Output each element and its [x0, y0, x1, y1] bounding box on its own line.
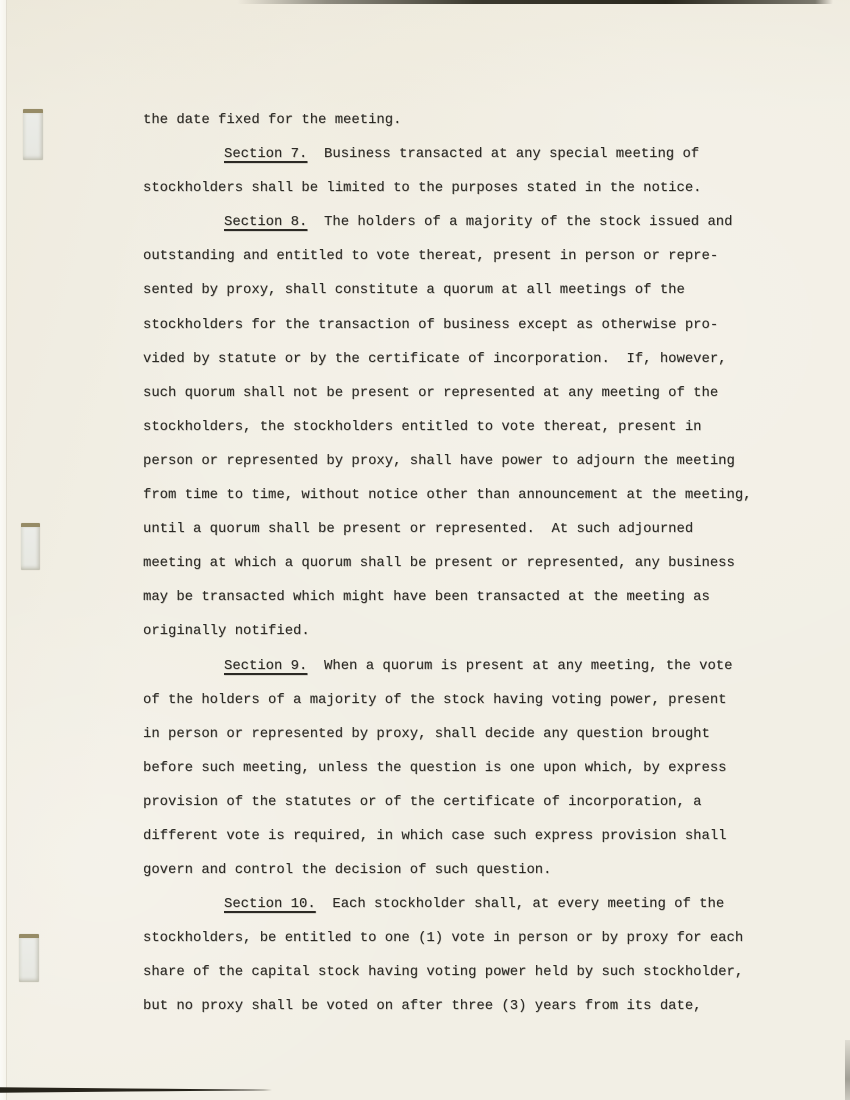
text-line: stockholders, be entitled to one (1) vot… [143, 921, 803, 955]
line-text: from time to time, without notice other … [143, 487, 752, 503]
section-heading: Section 10. [224, 896, 316, 912]
line-text: Each stockholder shall, at every meeting… [332, 896, 724, 912]
line-text: stockholders, the stockholders entitled … [143, 419, 702, 435]
scanned-document-page: { "page": { "paper_color": "#f2efe5", "i… [0, 0, 850, 1100]
line-text: person or represented by proxy, shall ha… [143, 453, 735, 469]
text-line: sented by proxy, shall constitute a quor… [143, 273, 803, 307]
punch-hole-top [23, 109, 43, 160]
text-line: Section 9. When a quorum is present at a… [143, 649, 803, 683]
text-line: the date fixed for the meeting. [143, 103, 803, 137]
line-text: in person or represented by proxy, shall… [143, 726, 710, 742]
text-line: such quorum shall not be present or repr… [143, 376, 803, 410]
line-text: may be transacted which might have been … [143, 589, 710, 605]
document-lines: the date fixed for the meeting.Section 7… [143, 103, 803, 1024]
line-text: before such meeting, unless the question… [143, 760, 727, 776]
line-text: Business transacted at any special meeti… [324, 146, 699, 162]
line-text: stockholders shall be limited to the pur… [143, 180, 702, 196]
section-heading: Section 8. [224, 214, 307, 230]
line-text: stockholders for the transaction of busi… [143, 317, 718, 333]
line-text: The holders of a majority of the stock i… [324, 214, 732, 230]
line-text: govern and control the decision of such … [143, 862, 551, 878]
line-text: stockholders, be entitled to one (1) vot… [143, 930, 743, 946]
section-heading: Section 7. [224, 146, 307, 162]
text-line: from time to time, without notice other … [143, 478, 803, 512]
line-text: meeting at which a quorum shall be prese… [143, 555, 735, 571]
line-text: the date fixed for the meeting. [143, 112, 401, 128]
punch-hole-middle [21, 523, 40, 570]
text-line: but no proxy shall be voted on after thr… [143, 989, 803, 1023]
text-line: Section 7. Business transacted at any sp… [143, 137, 803, 171]
line-text: until a quorum shall be present or repre… [143, 521, 693, 537]
text-line: before such meeting, unless the question… [143, 751, 803, 785]
text-line: Section 10. Each stockholder shall, at e… [143, 887, 803, 921]
text-line: different vote is required, in which cas… [143, 819, 803, 853]
scan-edge-right [845, 1040, 850, 1100]
text-line: of the holders of a majority of the stoc… [143, 683, 803, 717]
line-text: different vote is required, in which cas… [143, 828, 727, 844]
text-line: outstanding and entitled to vote thereat… [143, 239, 803, 273]
line-text: provision of the statutes or of the cert… [143, 794, 702, 810]
text-line: provision of the statutes or of the cert… [143, 785, 803, 819]
line-text: sented by proxy, shall constitute a quor… [143, 282, 685, 298]
line-text: but no proxy shall be voted on after thr… [143, 998, 702, 1014]
text-line: stockholders for the transaction of busi… [143, 308, 803, 342]
text-line: person or represented by proxy, shall ha… [143, 444, 803, 478]
text-line: stockholders, the stockholders entitled … [143, 410, 803, 444]
text-line: originally notified. [143, 614, 803, 648]
page-scan: the date fixed for the meeting.Section 7… [0, 0, 850, 1100]
punch-hole-bottom [19, 934, 39, 982]
section-heading: Section 9. [224, 658, 307, 674]
scan-edge-bottom [0, 1087, 272, 1093]
text-line: vided by statute or by the certificate o… [143, 342, 803, 376]
line-text: When a quorum is present at any meeting,… [324, 658, 732, 674]
text-line: stockholders shall be limited to the pur… [143, 171, 803, 205]
line-text: originally notified. [143, 623, 310, 639]
text-line: share of the capital stock having voting… [143, 955, 803, 989]
line-text: share of the capital stock having voting… [143, 964, 743, 980]
text-line: meeting at which a quorum shall be prese… [143, 546, 803, 580]
line-text: such quorum shall not be present or repr… [143, 385, 718, 401]
text-line: until a quorum shall be present or repre… [143, 512, 803, 546]
text-line: Section 8. The holders of a majority of … [143, 205, 803, 239]
text-line: in person or represented by proxy, shall… [143, 717, 803, 751]
line-text: outstanding and entitled to vote thereat… [143, 248, 718, 264]
text-line: may be transacted which might have been … [143, 580, 803, 614]
line-text: vided by statute or by the certificate o… [143, 351, 727, 367]
scan-edge-top [237, 0, 833, 4]
scan-edge-left [0, 0, 7, 1100]
line-text: of the holders of a majority of the stoc… [143, 692, 727, 708]
text-line: govern and control the decision of such … [143, 853, 803, 887]
